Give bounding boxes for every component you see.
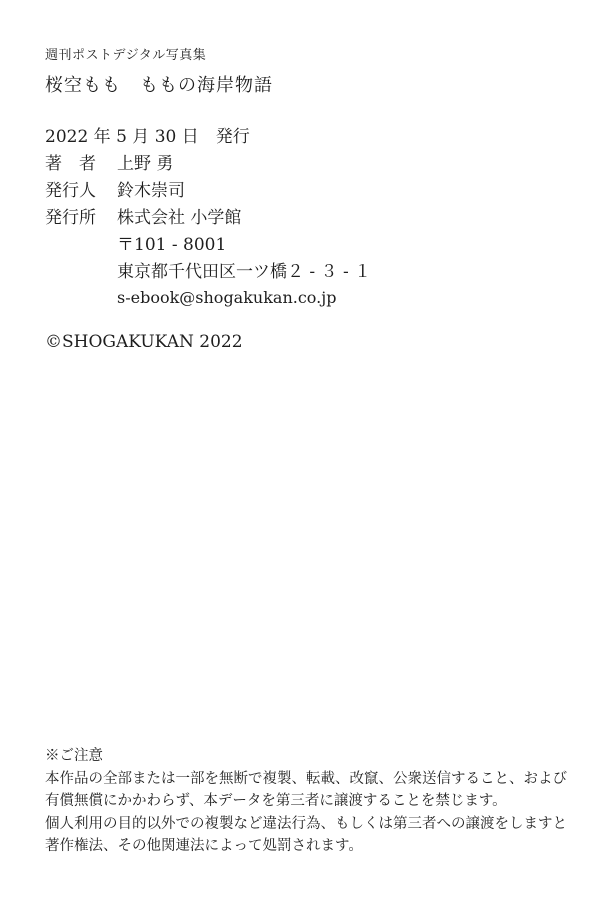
author-value: 上野 勇	[117, 152, 173, 176]
author-label: 著 者	[45, 152, 117, 176]
notice-line: 本作品の全部または一部を無断で複製、転載、改竄、公衆送信すること、および	[45, 768, 567, 791]
publishing-house-row: 発行所 株式会社 小学館	[45, 206, 241, 230]
copyright: ©SHOGAKUKAN 2022	[45, 332, 243, 352]
notice-block: ※ご注意 本作品の全部または一部を無断で複製、転載、改竄、公衆送信すること、およ…	[45, 745, 567, 858]
series-name: 週刊ポストデジタル写真集	[45, 44, 206, 63]
notice-line: 著作権法、その他関連法によって処罰されます。	[45, 835, 567, 858]
email-link[interactable]: s-ebook@shogakukan.co.jp	[117, 286, 336, 310]
notice-heading: ※ご注意	[45, 745, 567, 768]
publisher-row: 発行人 鈴木崇司	[45, 179, 185, 203]
publish-date-text: 2022 年 5 月 30 日 発行	[45, 125, 250, 149]
publish-date: 2022 年 5 月 30 日 発行	[45, 125, 250, 149]
book-title: 桜空もも ももの海岸物語	[45, 71, 273, 97]
postal-code: 〒101 - 8001	[117, 233, 226, 257]
publisher-label: 発行人	[45, 179, 117, 203]
publishing-house-label: 発行所	[45, 206, 117, 230]
publisher-value: 鈴木崇司	[117, 179, 185, 203]
address: 東京都千代田区一ツ橋２ - ３ - １	[117, 260, 371, 284]
notice-line: 個人利用の目的以外での複製など違法行為、もしくは第三者への譲渡をしますと	[45, 813, 567, 836]
notice-line: 有償無償にかかわらず、本データを第三者に譲渡することを禁じます。	[45, 790, 567, 813]
publishing-house-value: 株式会社 小学館	[117, 206, 241, 230]
author-row: 著 者 上野 勇	[45, 152, 173, 176]
